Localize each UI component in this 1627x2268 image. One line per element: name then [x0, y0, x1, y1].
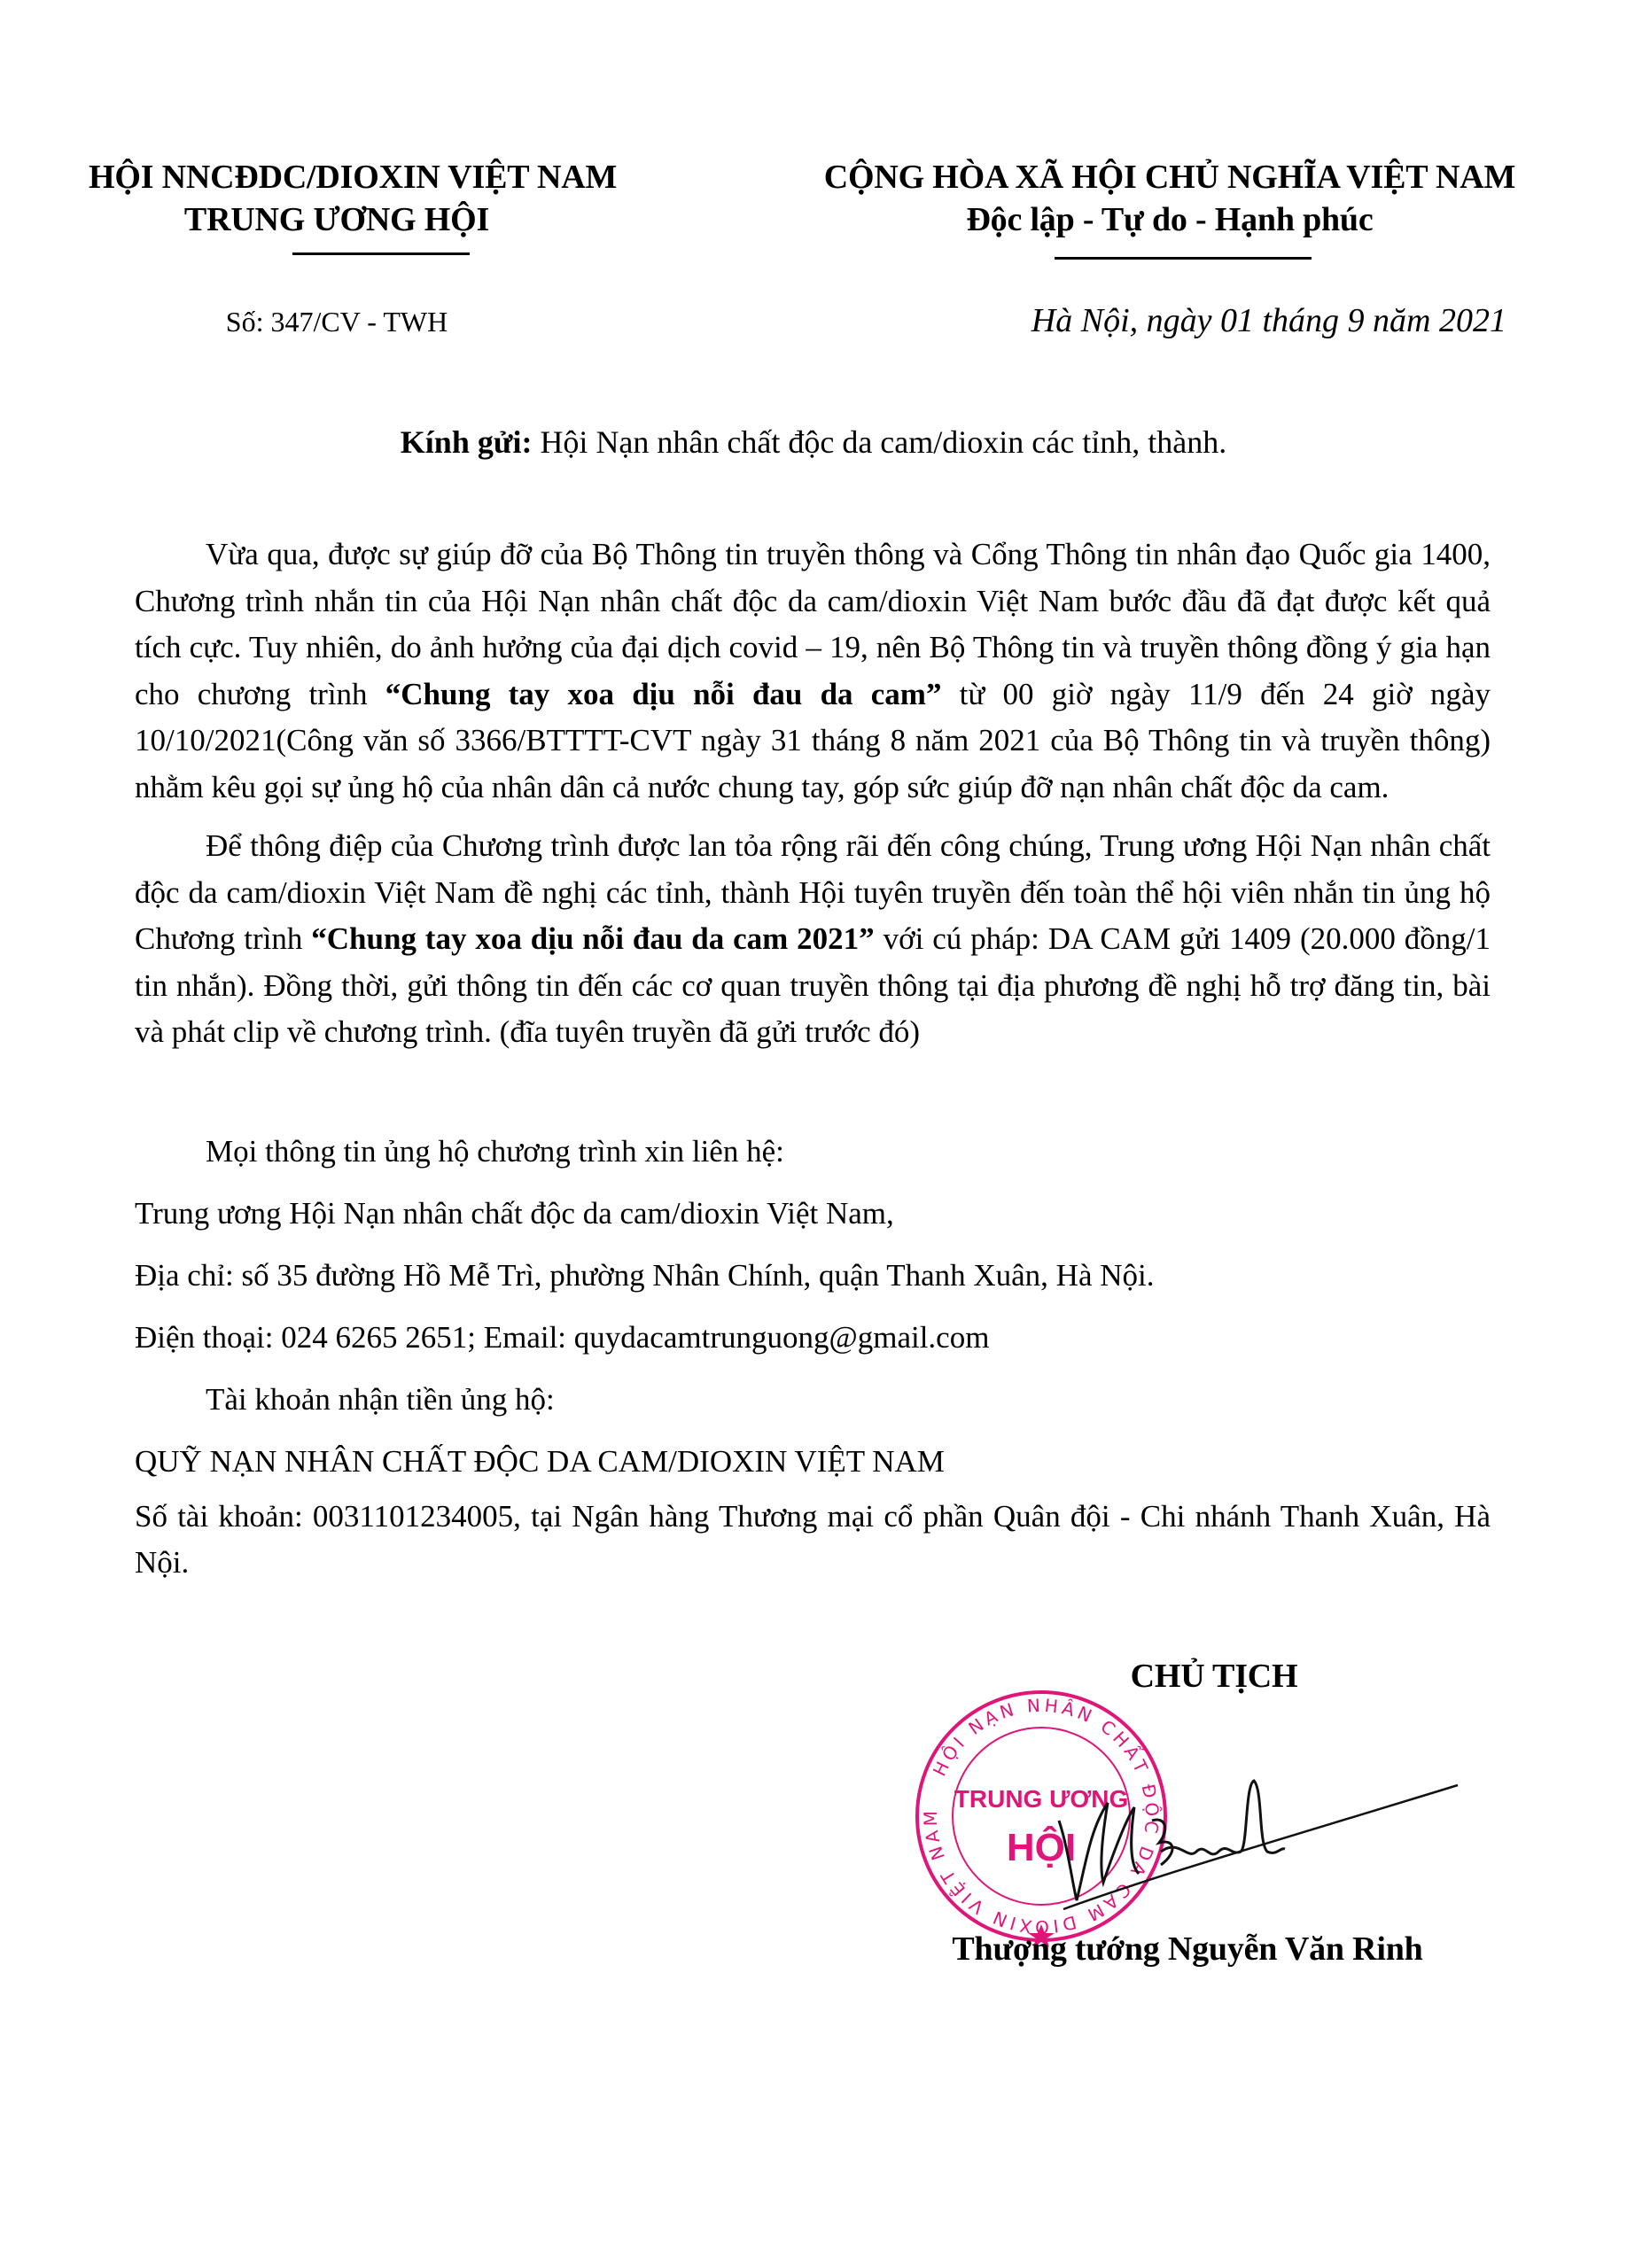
signer-name: Thượng tướng Nguyễn Văn Rinh: [922, 1930, 1453, 1969]
recipient-line: Kính gửi: Hội Nạn nhân chất độc da cam/d…: [0, 423, 1627, 461]
paragraph-2: Để thông điệp của Chương trình được lan …: [135, 823, 1491, 1056]
national-title: CỘNG HÒA XÃ HỘI CHỦ NGHĨA VIỆT NAM: [780, 158, 1560, 197]
account-details: Số tài khoản: 0031101234005, tại Ngân hà…: [135, 1494, 1491, 1586]
contact-address: Địa chỉ: số 35 đường Hồ Mễ Trì, phường N…: [135, 1258, 1155, 1293]
document-number: Số: 347/CV - TWH: [89, 306, 585, 338]
national-motto: Độc lập - Tự do - Hạnh phúc: [780, 200, 1560, 239]
paragraph-1: Vừa qua, được sự giúp đỡ của Bộ Thông ti…: [135, 532, 1491, 811]
issuing-org-name: HỘI NNCĐDC/DIOXIN VIỆT NAM: [89, 158, 585, 197]
right-header-underline: [1055, 257, 1312, 260]
contact-organization: Trung ương Hội Nạn nhân chất độc da cam/…: [135, 1196, 894, 1231]
issuing-org-unit: TRUNG ƯƠNG HỘI: [89, 200, 585, 239]
left-header-underline: [292, 252, 470, 255]
campaign-name-2021: “Chung tay xoa dịu nỗi đau da cam 2021”: [311, 921, 874, 956]
fund-name: QUỸ NẠN NHÂN CHẤT ĐỘC DA CAM/DIOXIN VIỆT…: [135, 1444, 945, 1480]
account-intro: Tài khoản nhận tiền ủng hộ:: [206, 1382, 555, 1417]
contact-phone-email: Điện thoại: 024 6265 2651; Email: quydac…: [135, 1320, 989, 1355]
contact-intro: Mọi thông tin ủng hộ chương trình xin li…: [206, 1134, 784, 1169]
place-and-date: Hà Nội, ngày 01 tháng 9 năm 2021: [939, 301, 1506, 340]
recipient-text: Hội Nạn nhân chất độc da cam/dioxin các …: [532, 424, 1226, 460]
account-details-text: Số tài khoản: 0031101234005, tại Ngân hà…: [135, 1494, 1491, 1586]
signature-icon: [1055, 1767, 1462, 1918]
letter-body: Vừa qua, được sự giúp đỡ của Bộ Thông ti…: [135, 532, 1491, 1056]
recipient-label: Kính gửi:: [401, 424, 533, 460]
campaign-name: “Chung tay xoa dịu nỗi đau da cam”: [385, 677, 942, 711]
